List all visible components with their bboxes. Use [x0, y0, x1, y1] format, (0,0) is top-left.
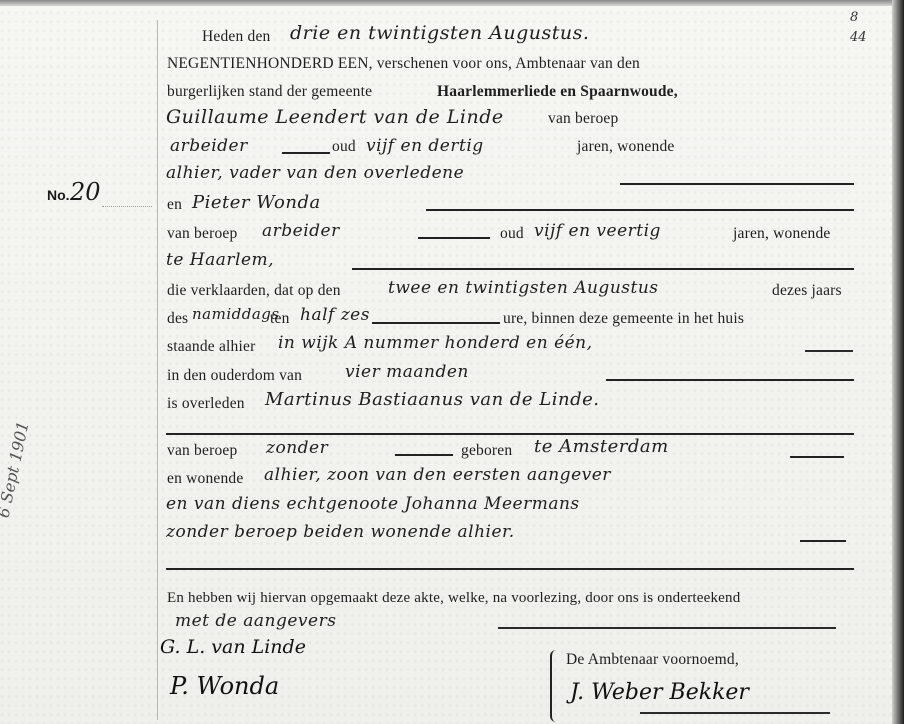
years-residing-label: jaren, wonende [577, 138, 674, 156]
closing-text: En hebben wij hiervan opgemaakt deze akt… [167, 590, 740, 607]
declarant2-age: vijf en veertig [534, 221, 661, 241]
deceased-label: is overleden [167, 395, 245, 413]
signature-underline [640, 712, 830, 714]
official-signature: J. Weber Bekker [570, 680, 749, 705]
declarant1-name: Guillaume Leendert van de Linde [166, 106, 504, 128]
act-number: 20 [70, 178, 101, 206]
fill-line [620, 183, 854, 185]
year-text: NEGENTIENHONDERD EEN, verschenen voor on… [167, 55, 640, 73]
margin-note: 6 Sept 1901 [0, 420, 33, 520]
of-the-label: des [167, 310, 188, 328]
years-residing-label: jaren, wonende [733, 225, 830, 243]
age-at-death: vier maanden [345, 362, 469, 382]
scan-top-edge [0, 0, 904, 6]
birthplace: te Amsterdam [534, 436, 669, 457]
located-here-label: staande alhier [167, 338, 255, 356]
fill-line [800, 540, 846, 542]
parentage-line1: alhier, zoon van den eersten aangever [264, 465, 611, 485]
declarant1-age: vijf en dertig [366, 136, 484, 156]
occupation-label: van beroep [548, 110, 618, 128]
fill-line [426, 209, 456, 211]
at-label: ten [270, 310, 290, 328]
location-text: ure, binnen deze gemeente in het huis [503, 310, 744, 328]
declarant2-name: Pieter Wonda [192, 192, 321, 213]
act-number-dots [102, 205, 152, 207]
fill-line [805, 350, 853, 352]
occupation-label: van beroep [167, 225, 237, 243]
act-number-label: No. [47, 187, 70, 203]
fill-line [450, 209, 854, 211]
death-time: half zes [300, 305, 370, 325]
death-address: in wijk A nummer honderd en één, [278, 333, 593, 353]
corner-note: 8 44 [850, 8, 867, 48]
corner-note-line: 8 [850, 8, 867, 28]
parentage-line3: zonder beroep beiden wonende alhier. [166, 522, 515, 542]
fill-line [498, 627, 836, 629]
fill-line [790, 456, 844, 458]
parentage-line2: en van diens echtgenoote Johanna Meerman… [166, 494, 580, 514]
declarant2-residence: te Haarlem, [166, 250, 274, 270]
section-separator [166, 568, 854, 570]
this-year-text: dezes jaars [772, 282, 842, 300]
fill-line [372, 322, 500, 324]
age-at-death-label: in den ouderdom van [167, 367, 302, 385]
fill-line [395, 454, 453, 456]
section-separator [166, 433, 854, 435]
declarant2-occupation: arbeider [262, 221, 340, 241]
signature-brace [550, 650, 558, 722]
age-label: oud [500, 225, 524, 243]
declarant1-signature: G. L. van Linde [160, 636, 306, 658]
document-page: 8 44 6 Sept 1901 No. 20 Heden den drie e… [0, 0, 904, 724]
scan-right-edge [892, 0, 904, 724]
date-handwritten: drie en twintigsten Augustus. [290, 22, 589, 44]
fill-line [352, 268, 854, 270]
official-label: De Ambtenaar voornoemd, [566, 651, 739, 669]
born-label: geboren [461, 442, 512, 460]
municipality: Haarlemmerliede en Spaarnwoude, [437, 83, 678, 101]
signing-note: met de aangevers [175, 611, 336, 631]
residing-label: en wonende [167, 470, 243, 488]
fill-line [418, 237, 490, 239]
occupation-label: van beroep [167, 442, 237, 460]
declaration-text: die verklaarden, dat op den [167, 282, 341, 300]
time-of-day: namiddags [192, 305, 280, 323]
age-label: oud [332, 138, 356, 156]
declarant1-residence: alhier, vader van den overledene [166, 163, 464, 183]
margin-rule [157, 20, 158, 720]
and-label: en [167, 196, 182, 214]
deceased-occupation: zonder [266, 438, 328, 458]
declarant2-signature: P. Wonda [170, 672, 279, 700]
deceased-name: Martinus Bastiaanus van de Linde. [265, 389, 600, 410]
corner-note-line: 44 [850, 28, 867, 48]
fill-line [282, 152, 330, 154]
civil-registry-text: burgerlijken stand der gemeente [167, 83, 372, 101]
opening-text: Heden den [202, 28, 271, 46]
death-date: twee en twintigsten Augustus [388, 278, 659, 298]
declarant1-occupation: arbeider [170, 136, 248, 156]
fill-line [606, 379, 854, 381]
